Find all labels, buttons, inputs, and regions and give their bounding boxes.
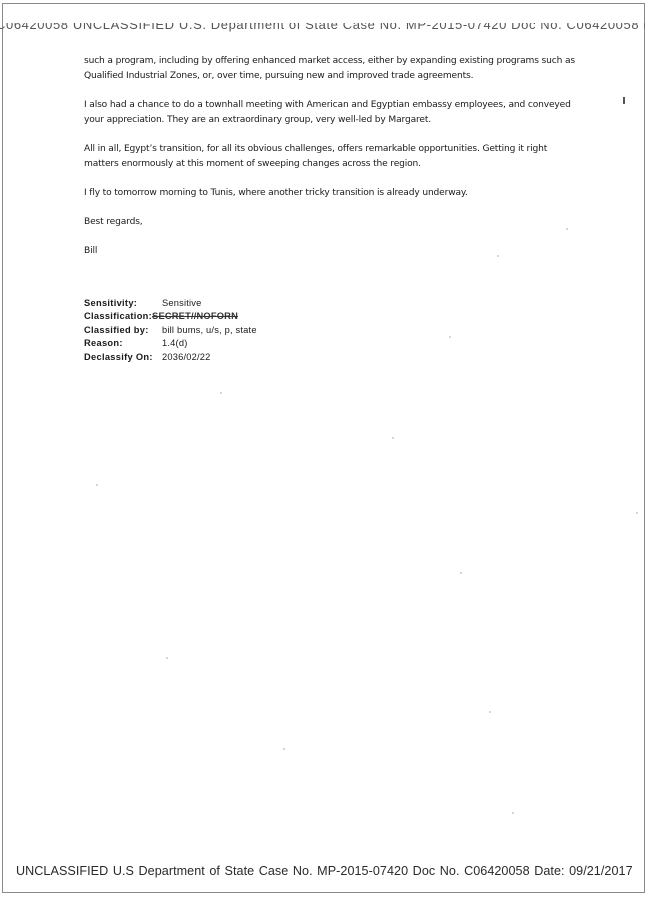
scan-speck (566, 228, 568, 230)
scan-speck (392, 437, 394, 439)
scan-speck (96, 484, 98, 486)
paragraph: All in all, Egypt’s transition, for all … (84, 142, 584, 172)
declassify-label: Declassify On: (84, 351, 162, 364)
scan-speck (220, 392, 222, 394)
sensitivity-row: Sensitivity: Sensitive (84, 297, 257, 310)
classification-row: Classification: SECRET//NOFORN (84, 310, 257, 323)
classification-value-struck: SECRET//NOFORN (152, 310, 238, 323)
declassify-row: Declassify On: 2036/02/22 (84, 351, 257, 364)
letter-body: such a program, including by offering en… (84, 54, 584, 273)
paragraph: such a program, including by offering en… (84, 54, 584, 84)
classification-block: Sensitivity: Sensitive Classification: S… (84, 297, 257, 364)
reason-value: 1.4(d) (162, 337, 188, 350)
classified-by-value: bill bums, u/s, p, state (162, 324, 257, 337)
sensitivity-value: Sensitive (162, 297, 202, 310)
signature: Bill (84, 244, 584, 259)
scan-speck (512, 812, 514, 814)
reason-row: Reason: 1.4(d) (84, 337, 257, 350)
scan-mark (623, 97, 625, 104)
sensitivity-label: Sensitivity: (84, 297, 162, 310)
scan-speck (283, 748, 285, 750)
scan-speck (449, 336, 451, 338)
scan-speck (497, 255, 499, 257)
scan-speck (166, 657, 168, 659)
header-stamp-clipped: C06420058 UNCLASSIFIED U.S. Department o… (0, 23, 645, 32)
footer-stamp: UNCLASSIFIED U.S Department of State Cas… (16, 864, 633, 878)
scan-speck (636, 512, 638, 514)
classified-by-row: Classified by: bill bums, u/s, p, state (84, 324, 257, 337)
classification-label: Classification: (84, 310, 152, 323)
paragraph: I also had a chance to do a townhall mee… (84, 98, 584, 128)
header-stamp-text: C06420058 UNCLASSIFIED U.S. Department o… (0, 23, 645, 32)
classified-by-label: Classified by: (84, 324, 162, 337)
scan-speck (460, 572, 462, 574)
scan-speck (489, 711, 491, 713)
declassify-value: 2036/02/22 (162, 351, 211, 364)
paragraph: I fly to tomorrow morning to Tunis, wher… (84, 186, 584, 201)
reason-label: Reason: (84, 337, 162, 350)
closing: Best regards, (84, 215, 584, 230)
